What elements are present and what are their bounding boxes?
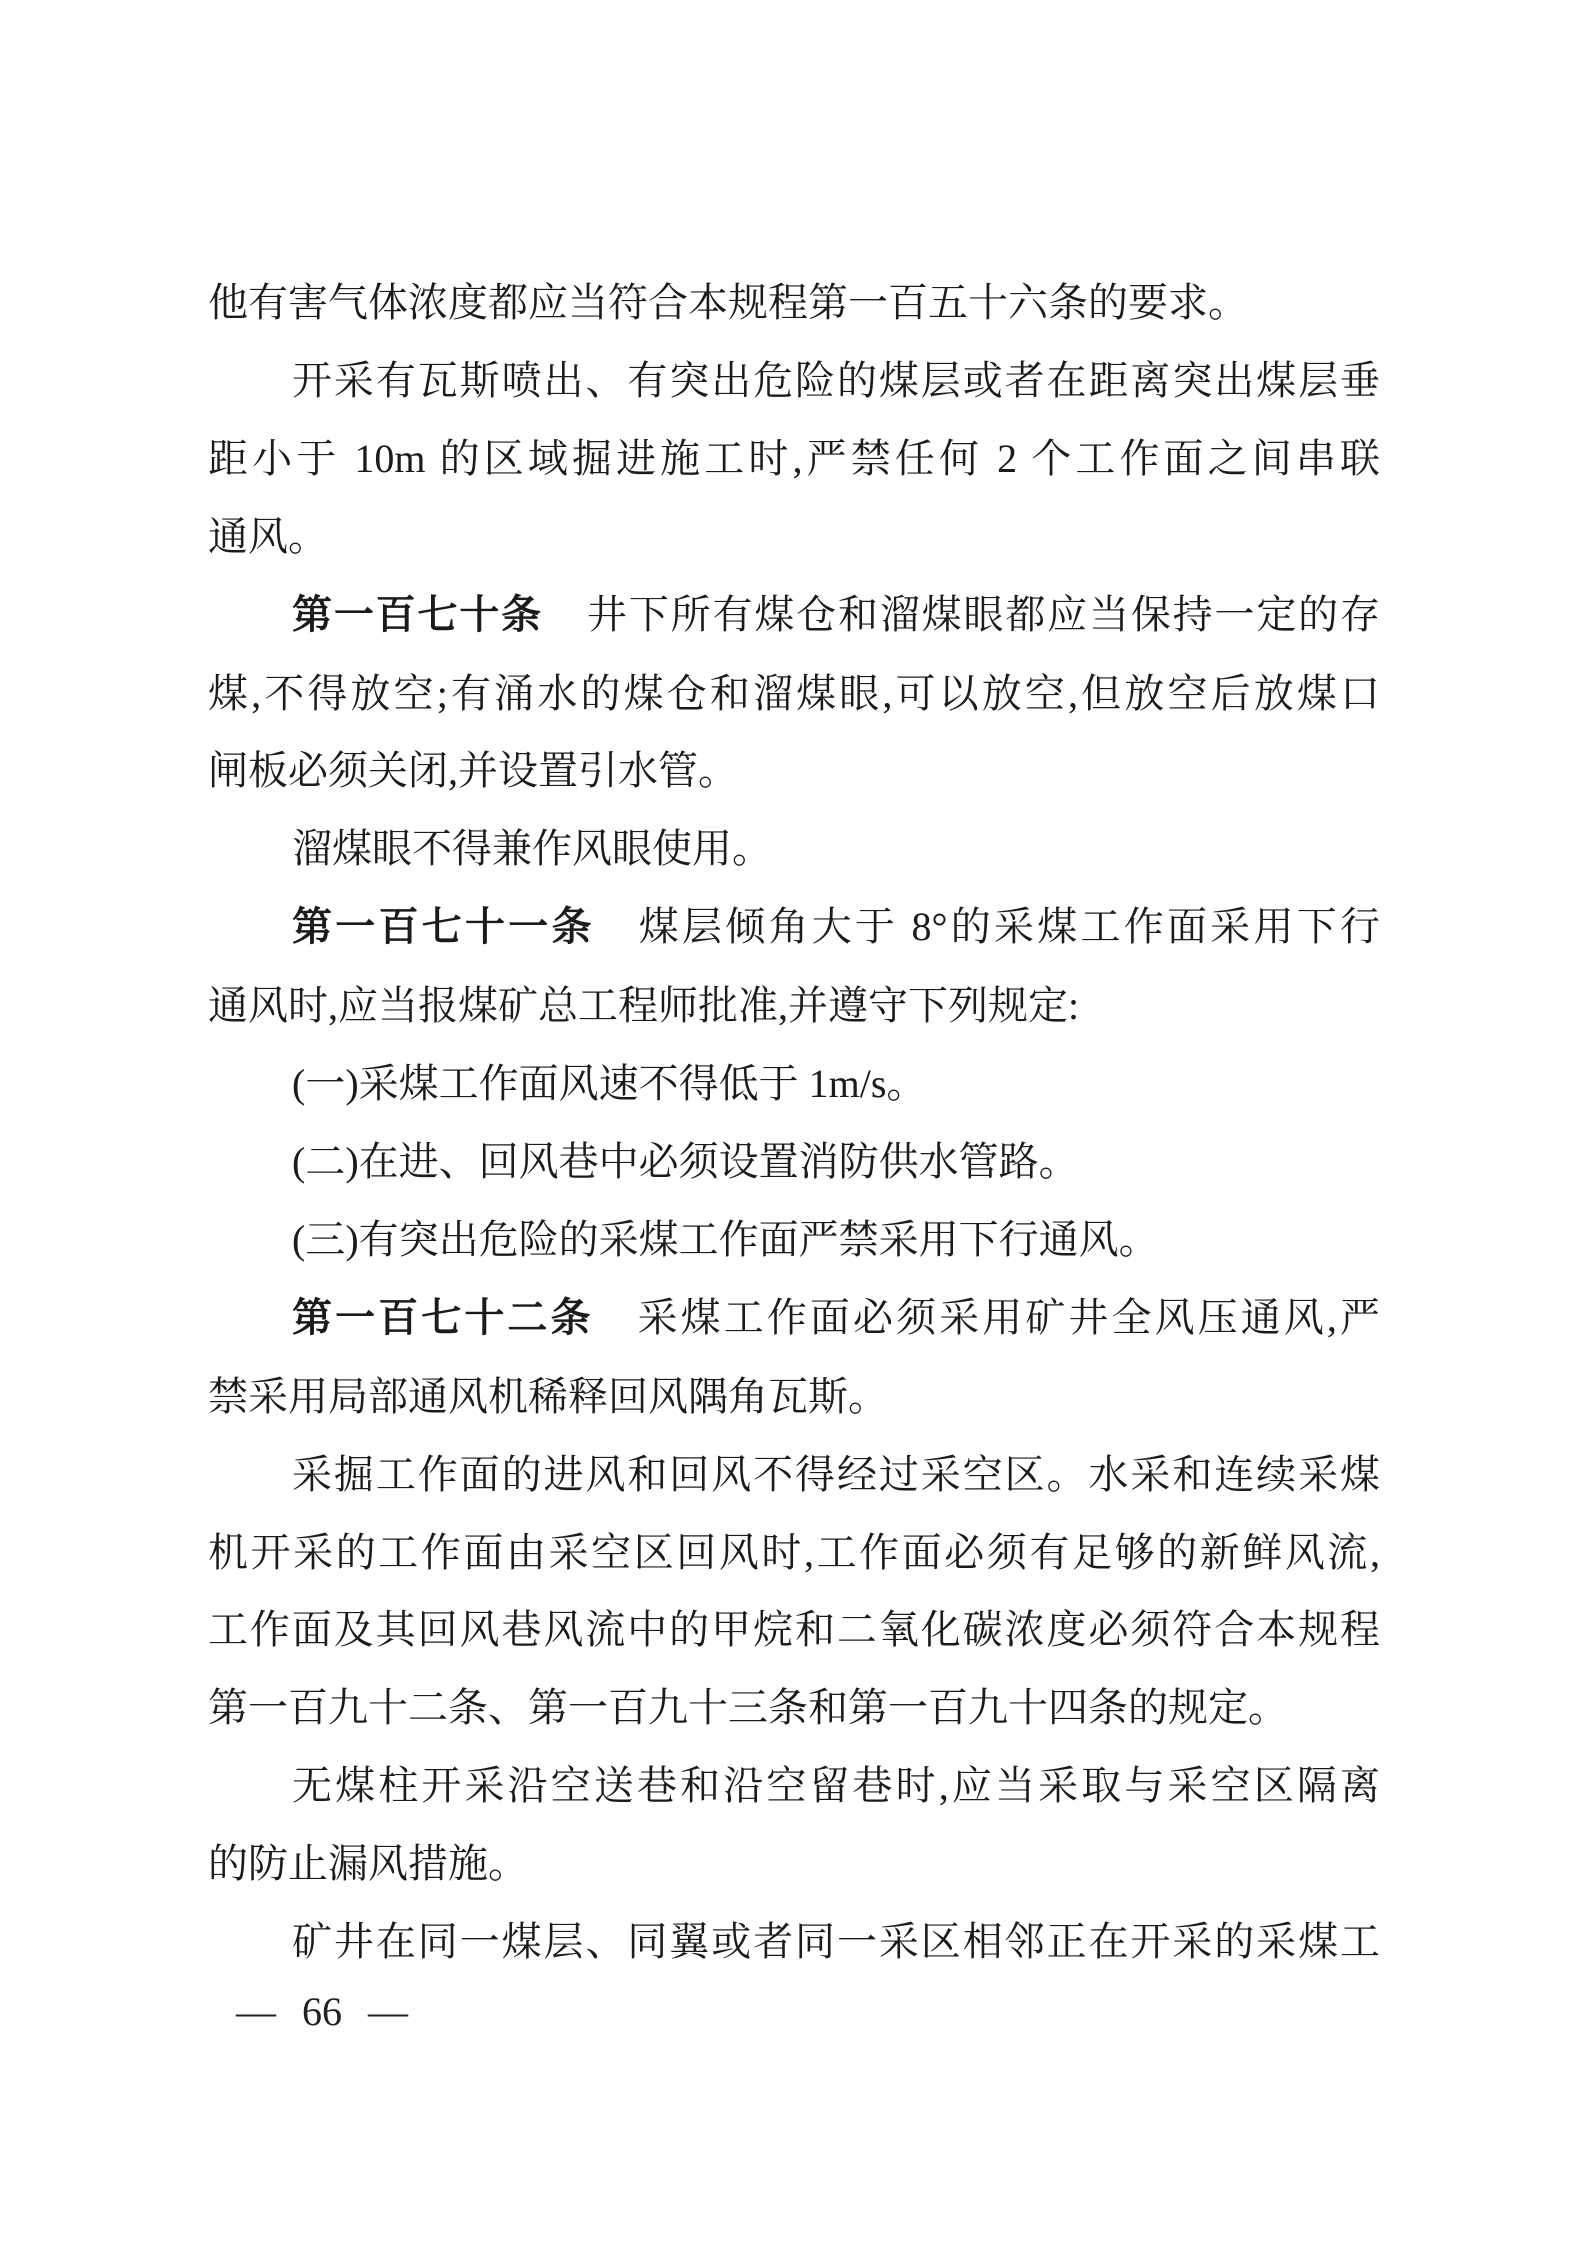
text-segment: 距小于 10m 的区域掘进施工时,严禁任何 2 个工作面之间串联 [208,436,1380,481]
text-line: 第一百七十条井下所有煤仓和溜煤眼都应当保持一定的存 [208,576,1380,655]
text-line: (二)在进、回风巷中必须设置消防供水管路。 [208,1123,1380,1201]
text-segment: (三)有突出危险的采煤工作面严禁采用下行通风。 [292,1217,1159,1262]
text-line: 距小于 10m 的区域掘进施工时,严禁任何 2 个工作面之间串联 [208,420,1380,498]
text-line: (一)采煤工作面风速不得低于 1m/s。 [208,1045,1380,1123]
text-line: 第一百七十二条采煤工作面必须采用矿井全风压通风,严 [208,1279,1380,1358]
text-line: 通风。 [208,498,1380,576]
page-number: 66 [302,1989,342,2034]
text-line: 工作面及其回风巷风流中的甲烷和二氧化碳浓度必须符合本规程 [208,1591,1380,1669]
text-line: 他有害气体浓度都应当符合本规程第一百五十六条的要求。 [208,264,1380,342]
text-line: 禁采用局部通风机稀释回风隅角瓦斯。 [208,1358,1380,1436]
text-segment: 无煤柱开采沿空送巷和沿空留巷时,应当采取与采空区隔离 [292,1763,1380,1808]
article-heading: 第一百七十条 [292,593,543,637]
text-segment: 他有害气体浓度都应当符合本规程第一百五十六条的要求。 [208,280,1248,325]
text-segment: 采煤工作面必须采用矿井全风压通风,严 [638,1295,1380,1340]
text-line: 煤,不得放空;有涌水的煤仓和溜煤眼,可以放空,但放空后放煤口 [208,655,1380,733]
text-line: 溜煤眼不得兼作风眼使用。 [208,810,1380,888]
text-segment: 工作面及其回风巷风流中的甲烷和二氧化碳浓度必须符合本规程 [208,1607,1380,1652]
text-segment: 机开采的工作面由采空区回风时,工作面必须有足够的新鲜风流, [208,1530,1380,1575]
article-heading: 第一百七十二条 [292,1296,594,1340]
text-segment: 煤层倾角大于 8°的采煤工作面采用下行 [639,904,1380,949]
text-line: 的防止漏风措施。 [208,1825,1380,1903]
text-line: 第一百七十一条煤层倾角大于 8°的采煤工作面采用下行 [208,888,1380,967]
text-segment: 禁采用局部通风机稀释回风隅角瓦斯。 [208,1374,888,1419]
text-segment: 第一百九十二条、第一百九十三条和第一百九十四条的规定。 [208,1685,1288,1730]
text-segment: 开采有瓦斯喷出、有突出危险的煤层或者在距离突出煤层垂 [292,358,1380,403]
text-segment: 通风时,应当报煤矿总工程师批准,并遵守下列规定: [208,983,1079,1028]
text-line: 通风时,应当报煤矿总工程师批准,并遵守下列规定: [208,967,1380,1045]
text-block: 他有害气体浓度都应当符合本规程第一百五十六条的要求。开采有瓦斯喷出、有突出危险的… [208,264,1380,1981]
text-segment: 矿井在同一煤层、同翼或者同一采区相邻正在开采的采煤工 [292,1919,1380,1964]
text-segment: 井下所有煤仓和溜煤眼都应当保持一定的存 [587,592,1380,637]
text-segment: 溜煤眼不得兼作风眼使用。 [292,826,772,871]
text-line: 矿井在同一煤层、同翼或者同一采区相邻正在开采的采煤工 [208,1903,1380,1981]
document-page: 他有害气体浓度都应当符合本规程第一百五十六条的要求。开采有瓦斯喷出、有突出危险的… [0,0,1587,2245]
text-line: 第一百九十二条、第一百九十三条和第一百九十四条的规定。 [208,1669,1380,1747]
page-footer: —66— [236,1990,408,2034]
footer-dash-left: — [236,1989,276,2034]
text-segment: 的防止漏风措施。 [208,1841,528,1886]
article-heading: 第一百七十一条 [292,905,595,949]
text-segment: 通风。 [208,514,328,559]
text-line: 采掘工作面的进风和回风不得经过采空区。水采和连续采煤 [208,1436,1380,1514]
text-segment: (一)采煤工作面风速不得低于 1m/s。 [292,1061,926,1106]
text-line: (三)有突出危险的采煤工作面严禁采用下行通风。 [208,1201,1380,1279]
text-line: 无煤柱开采沿空送巷和沿空留巷时,应当采取与采空区隔离 [208,1747,1380,1825]
text-segment: (二)在进、回风巷中必须设置消防供水管路。 [292,1139,1079,1184]
text-segment: 闸板必须关闭,并设置引水管。 [208,748,738,793]
text-line: 闸板必须关闭,并设置引水管。 [208,732,1380,810]
footer-dash-right: — [368,1989,408,2034]
text-segment: 煤,不得放空;有涌水的煤仓和溜煤眼,可以放空,但放空后放煤口 [208,671,1380,716]
text-line: 开采有瓦斯喷出、有突出危险的煤层或者在距离突出煤层垂 [208,342,1380,420]
text-line: 机开采的工作面由采空区回风时,工作面必须有足够的新鲜风流, [208,1514,1380,1592]
text-segment: 采掘工作面的进风和回风不得经过采空区。水采和连续采煤 [292,1452,1380,1497]
